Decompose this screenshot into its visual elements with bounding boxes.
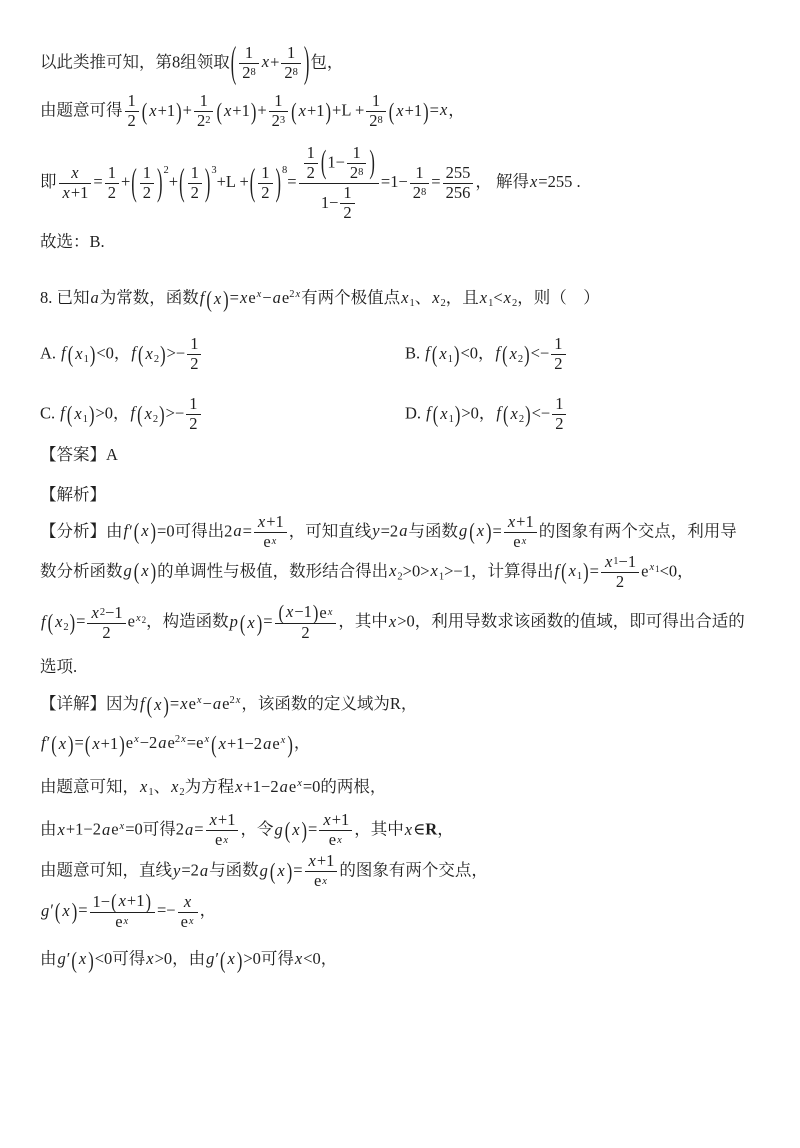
right-paren: ) <box>159 339 167 370</box>
math-text: 1 <box>189 395 197 414</box>
numerator: x+1 <box>206 811 239 831</box>
math-variable: x <box>180 734 187 745</box>
choice-row-cd: C. f(x1)>0，f(x2)>−12D. f(x1)>0，f(x2)<−12 <box>40 395 762 434</box>
math-text: ∈ <box>413 820 425 839</box>
left-paren: ( <box>210 728 218 761</box>
math-text: 2 <box>616 573 624 592</box>
denominator: x+1 <box>59 184 92 203</box>
right-paren: ) <box>286 728 294 761</box>
right-paren: ) <box>69 608 77 639</box>
math-text: 1 <box>415 164 423 183</box>
math-text: 1 <box>274 92 282 111</box>
math-text: 8 <box>358 167 363 178</box>
superscript: 2x <box>175 734 187 745</box>
math-variable: x <box>261 52 270 71</box>
math-variable: x <box>148 101 157 120</box>
left-paren: ( <box>141 95 149 128</box>
math-variable: x <box>118 891 127 910</box>
exam-solution-page: 以此类推可知，第8组领取(128x+128)包，由题意可得12(x+1)+122… <box>0 0 800 1148</box>
choice-row-ab: A. f(x1)<0，f(x2)>−12B. f(x1)<0，f(x2)<−12 <box>40 335 762 374</box>
math-text: +1 <box>71 184 89 203</box>
math-variable: x <box>188 916 195 927</box>
fraction: 12 <box>140 164 154 203</box>
math-text: +L + <box>332 100 364 119</box>
paren-group: (x1) <box>431 343 461 367</box>
math-variable: f <box>425 403 432 422</box>
math-text: 2 <box>301 624 309 643</box>
math-text: 2 <box>128 112 136 131</box>
denominator: ex <box>254 533 287 552</box>
right-paren: ) <box>301 816 309 847</box>
fraction: x+1ex <box>305 852 338 891</box>
math-variable: x <box>144 404 153 423</box>
math-variable: x <box>133 734 140 745</box>
math-text: <− <box>532 403 551 422</box>
math-text: = <box>293 861 302 880</box>
paren-group: (x2) <box>502 403 532 427</box>
right-paren: ) <box>87 945 95 976</box>
math-text: 1− <box>321 194 339 213</box>
math-text: 、 <box>154 777 171 796</box>
right-paren: ) <box>524 399 532 430</box>
math-text: >0，利用导数求该函数的值域，即可得出合适的 <box>397 612 745 631</box>
paren-group: (x) <box>54 900 78 923</box>
left-paren: ( <box>137 339 145 370</box>
paren-group: (12) <box>130 164 163 203</box>
math-text: 2 <box>369 112 377 131</box>
left-paren: ( <box>560 557 568 588</box>
fraction: x+1ex <box>504 513 537 552</box>
right-paren: ) <box>453 339 461 370</box>
math-text: >0， <box>95 403 129 422</box>
math-text: 1 <box>307 144 315 163</box>
math-text: +1 <box>317 852 335 871</box>
math-text: 有两个极值点 <box>301 288 400 307</box>
math-variable: g <box>40 901 50 920</box>
numerator: x+1 <box>504 513 537 533</box>
right-paren: ) <box>325 95 333 128</box>
series-recursion-line: 以此类推可知，第8组领取(128x+128)包， <box>40 44 762 83</box>
math-text: >−1，计算得出 <box>444 561 553 580</box>
math-text: 8 <box>378 115 383 126</box>
math-variable: a <box>157 733 167 752</box>
math-variable: x <box>196 695 203 706</box>
denominator: 2 <box>551 355 565 374</box>
left-paren: ( <box>130 158 138 209</box>
math-text: e <box>248 288 255 307</box>
superscript: 2x <box>289 289 301 300</box>
math-text: 【答案】A <box>40 445 118 464</box>
numerator: (x−1)ex <box>275 603 337 624</box>
paren-group: (12) <box>178 164 211 203</box>
math-text: =0可得出2 <box>157 521 232 540</box>
math-text: 1 <box>555 395 563 414</box>
denominator: 2 <box>140 184 154 203</box>
numerator: 1 <box>552 395 566 415</box>
choice-b: B. f(x1)<0，f(x2)<−12 <box>405 335 762 374</box>
fraction: x+1ex <box>319 811 352 850</box>
fraction: 12 <box>258 164 272 203</box>
math-variable: f <box>139 694 146 713</box>
math-text: +1 <box>266 513 284 532</box>
fraction: 128 <box>366 92 386 131</box>
left-paren: ( <box>432 399 440 430</box>
series-sum-line: 由题意可得12(x+1)+122(x+1)+123(x+1)+L +128(x+… <box>40 92 762 131</box>
superscript: 2 <box>205 115 210 127</box>
math-text: e <box>189 694 196 713</box>
superscript: 8 <box>358 167 363 179</box>
math-variable: x <box>280 735 287 746</box>
detail-line-2: f′(x)=(x+1)ex−2ae2x=ex(x+1−2aex)， <box>40 732 762 756</box>
fraction: 1−(x+1)ex <box>90 892 155 932</box>
paren-group: (x) <box>269 860 293 883</box>
detail-line-7: 由g′(x)<0可得x>0，由g′(x)>0可得x<0， <box>40 948 762 972</box>
paren-group: (x1) <box>67 343 97 367</box>
choice-d: D. f(x1)>0，f(x2)<−12 <box>405 395 762 434</box>
math-variable: x <box>213 289 222 308</box>
math-variable: x <box>294 949 303 968</box>
math-text: 2 <box>350 164 358 183</box>
numerator: 1 <box>340 184 354 204</box>
math-text: >0，由 <box>155 949 206 968</box>
analysis-line-1: 【分析】由f′(x)=0可得出2a=x+1ex，可知直线y=2a与函数g(x)=… <box>40 513 762 552</box>
math-variable: x <box>439 100 448 119</box>
left-paren: ( <box>54 897 62 928</box>
answer-line: 【答案】A <box>40 444 762 466</box>
denominator: 2 <box>601 573 639 592</box>
math-text: =2 <box>181 861 199 880</box>
math-variable: x <box>285 602 294 621</box>
math-variable: x <box>568 561 577 580</box>
math-variable: f <box>130 343 137 362</box>
math-text: = <box>493 521 502 540</box>
numerator: 1 <box>269 92 289 112</box>
math-text: >0， <box>461 403 495 422</box>
denominator: 28 <box>366 112 386 131</box>
math-text: 1 <box>200 92 208 111</box>
detail-line-1: 【详解】因为f(x)=xex−ae2x，该函数的定义域为R， <box>40 693 762 717</box>
math-text: 1− <box>93 893 111 912</box>
math-text: e <box>111 820 118 839</box>
math-text: 2 <box>242 64 250 83</box>
math-text: −1 <box>619 553 637 572</box>
math-text: 即 <box>40 172 57 191</box>
numerator: 1 <box>187 335 201 355</box>
fraction: 255256 <box>443 164 474 203</box>
denominator: 2 <box>552 415 566 434</box>
paren-group: (x) <box>133 520 157 543</box>
math-variable: x <box>209 811 218 830</box>
left-paren: ( <box>219 945 227 976</box>
math-variable: x <box>503 288 512 307</box>
left-paren: ( <box>502 399 510 430</box>
right-paren: ) <box>485 517 493 548</box>
math-text: +1 <box>516 513 534 532</box>
right-paren: ) <box>162 691 170 722</box>
analysis-line-2: 数分析函数g(x)的单调性与极值，数形结合得出x2>0>x1>−1，计算得出f(… <box>40 553 762 592</box>
superscript: x <box>271 536 278 548</box>
right-paren: ) <box>286 857 294 888</box>
math-text: e <box>168 733 175 752</box>
numerator: x+1 <box>319 811 352 831</box>
math-text: e <box>329 831 336 850</box>
denominator: 2 <box>275 624 337 643</box>
math-text: 2 <box>554 355 562 374</box>
superscript: x <box>521 536 528 548</box>
math-text: 1 <box>372 92 380 111</box>
numerator: 1 <box>239 44 259 64</box>
math-text: <− <box>531 343 550 362</box>
math-variable: x <box>388 561 397 580</box>
math-text: 选项. <box>40 657 77 676</box>
math-variable: x <box>336 835 343 846</box>
math-variable: a <box>279 777 289 796</box>
math-text: −1 <box>105 604 123 623</box>
paren-group: (x−1) <box>278 603 320 623</box>
math-variable: x <box>308 852 317 871</box>
right-paren: ) <box>67 729 75 760</box>
math-variable: x <box>404 820 413 839</box>
math-text: 1 <box>353 144 361 163</box>
right-paren: ) <box>275 158 283 209</box>
math-text: 2 <box>108 184 116 203</box>
math-variable: x <box>153 695 162 714</box>
numerator: 1 <box>347 144 367 164</box>
numerator: 1 <box>366 92 386 112</box>
math-text: <0， <box>96 343 130 362</box>
superscript: x <box>188 916 195 928</box>
right-paren: ) <box>158 399 166 430</box>
math-variable: x <box>139 777 148 796</box>
math-text: 256 <box>446 184 471 203</box>
math-text: + <box>169 172 178 191</box>
math-text: 8 <box>421 187 426 198</box>
right-paren: ) <box>89 339 97 370</box>
denominator: 28 <box>239 64 259 83</box>
math-variable: x <box>58 734 67 753</box>
math-variable: x <box>604 553 613 572</box>
math-text: <0， <box>460 343 494 362</box>
paren-group: (x+1) <box>290 100 332 123</box>
left-paren: ( <box>66 399 74 430</box>
math-variable: x <box>222 835 229 846</box>
math-text: 由题意可得 <box>40 100 123 119</box>
denominator: 2 <box>340 204 354 223</box>
math-variable: x <box>203 734 210 745</box>
math-text: = <box>170 694 179 713</box>
math-variable: x <box>61 901 70 920</box>
numerator: x <box>59 164 92 184</box>
math-text: C. <box>40 403 59 422</box>
math-text: ，可知直线 <box>289 521 372 540</box>
math-variable: a <box>199 861 209 880</box>
math-text: 2 <box>189 415 197 434</box>
superscript: x <box>327 607 334 619</box>
math-text: − <box>262 288 271 307</box>
math-text: ，其中 <box>354 820 404 839</box>
paren-group: (x1) <box>432 403 462 427</box>
math-variable: x <box>227 949 236 968</box>
math-text: 为方程 <box>185 777 235 796</box>
numerator: x+1 <box>254 513 287 533</box>
numerator: 1 <box>304 144 318 164</box>
math-variable: a <box>212 694 222 713</box>
math-text: 2 <box>307 164 315 183</box>
math-text: 2 <box>229 695 234 706</box>
math-text: 1 <box>190 335 198 354</box>
left-paren: ( <box>290 95 298 128</box>
numerator: 1 <box>125 92 139 112</box>
denominator: 2 <box>186 415 200 434</box>
fraction: 12 <box>186 395 200 434</box>
detail-line-3: 由题意可知，x1、x2为方程x+1−2aex=0的两根， <box>40 776 762 800</box>
left-paren: ( <box>133 557 141 588</box>
math-text: ，且 <box>446 288 479 307</box>
math-text: 【分析】由 <box>40 521 123 540</box>
math-text: = <box>78 901 87 920</box>
right-paren: ) <box>250 95 258 128</box>
conclusion-line: 故选：B. <box>40 231 762 253</box>
math-variable: f <box>40 733 47 752</box>
right-paren: ) <box>582 557 590 588</box>
math-text: +1 <box>405 101 423 120</box>
math-text: = <box>76 612 85 631</box>
left-paren: ( <box>501 339 509 370</box>
math-variable: x <box>74 344 83 363</box>
math-variable: g <box>259 861 269 880</box>
left-paren: ( <box>230 35 238 93</box>
math-text: = <box>308 820 317 839</box>
numerator: x2−1 <box>87 604 125 624</box>
math-text: 2 <box>143 184 151 203</box>
math-variable: x <box>90 604 99 623</box>
fraction: 12 <box>304 144 318 183</box>
math-variable: x <box>257 513 266 532</box>
paren-group: (12) <box>249 164 282 203</box>
numerator: 1 <box>281 44 301 64</box>
paren-group: (x+1) <box>84 733 126 756</box>
math-variable: x <box>430 561 439 580</box>
math-text: 1 <box>287 44 295 63</box>
paren-group: (x) <box>146 694 170 717</box>
fraction: 123 <box>269 92 289 131</box>
math-text: 2 <box>102 624 110 643</box>
math-text: +1 <box>307 101 325 120</box>
math-text: >0> <box>403 561 430 580</box>
paren-group: (x+1−2aex) <box>210 733 294 756</box>
math-variable: y <box>371 521 380 540</box>
math-variable: x <box>218 734 227 753</box>
math-text: 1 <box>245 44 253 63</box>
math-text: =2 <box>381 521 399 540</box>
math-text: 与函数 <box>408 521 458 540</box>
right-paren: ) <box>156 158 164 209</box>
math-text: e <box>513 533 520 552</box>
superscript: 2x <box>229 695 241 706</box>
numerator: 12(1−128) <box>299 144 379 184</box>
math-variable: f <box>60 343 67 362</box>
math-document: 以此类推可知，第8组领取(128x+128)包，由题意可得12(x+1)+122… <box>40 44 762 972</box>
left-paren: ( <box>110 890 118 915</box>
math-text: 、 <box>415 288 432 307</box>
right-paren: ) <box>422 95 430 128</box>
math-variable: x <box>529 172 538 191</box>
math-text: 故选：B. <box>40 232 105 251</box>
math-text: 2 <box>555 415 563 434</box>
math-text: A. <box>40 343 60 362</box>
math-variable: x <box>507 513 516 532</box>
numerator: 1 <box>410 164 430 184</box>
numerator: 1 <box>105 164 119 184</box>
right-paren: ) <box>312 601 320 626</box>
math-text: e <box>115 913 122 932</box>
denominator: 23 <box>269 112 289 131</box>
superscript: x <box>280 735 287 746</box>
paren-group: (x) <box>205 288 229 311</box>
right-paren: ) <box>454 399 462 430</box>
math-variable: x <box>439 404 448 423</box>
denominator: ex <box>90 913 155 932</box>
paren-group: (x+1) <box>215 100 257 123</box>
math-text: = <box>590 561 599 580</box>
math-text: >0可得 <box>243 949 294 968</box>
denominator: 2 <box>125 112 139 131</box>
math-text: +1 <box>218 811 236 830</box>
math-variable: p <box>229 612 239 631</box>
denominator: 2 <box>187 355 201 374</box>
math-text: =1− <box>381 172 408 191</box>
math-text: 2 <box>343 204 351 223</box>
choice-c: C. f(x1)>0，f(x2)>−12 <box>40 395 405 434</box>
superscript: x <box>336 835 343 847</box>
denominator: ex <box>206 831 239 850</box>
superscript: x <box>203 734 210 745</box>
math-text: 8 <box>251 67 256 78</box>
numerator: 1−(x+1) <box>90 892 155 913</box>
left-paren: ( <box>388 95 396 128</box>
math-text: +1 <box>101 734 119 753</box>
paren-group: (x2) <box>501 343 531 367</box>
math-variable: x <box>271 536 278 547</box>
left-paren: ( <box>320 144 328 182</box>
math-text: e <box>181 913 188 932</box>
denominator: 22 <box>194 112 214 131</box>
math-text: +L + <box>217 172 249 191</box>
math-text: +1−2 <box>243 777 278 796</box>
math-variable: x <box>70 164 79 183</box>
denominator: ex <box>504 533 537 552</box>
superscript: 8 <box>421 187 426 199</box>
math-variable: x <box>321 876 328 887</box>
numerator: x+1 <box>305 852 338 872</box>
math-variable: x <box>145 344 154 363</box>
math-variable: f <box>495 403 502 422</box>
superscript: x <box>196 695 203 706</box>
math-text: + <box>183 100 192 119</box>
math-text: 的单调性与极值，数形结合得出 <box>157 561 388 580</box>
math-variable: x <box>298 101 307 120</box>
right-paren: ) <box>204 158 212 209</box>
math-variable: x <box>431 288 440 307</box>
superscript: x <box>123 916 130 928</box>
math-variable: a <box>90 288 100 307</box>
right-paren: ) <box>236 945 244 976</box>
math-text: − <box>203 694 212 713</box>
detail-line-4: 由x+1−2aex=0可得2a=x+1ex，令g(x)=x+1ex，其中x∈R， <box>40 811 762 850</box>
math-text: =− <box>157 901 176 920</box>
math-text: 8. 已知 <box>40 288 90 307</box>
paren-group: (x) <box>239 612 263 635</box>
